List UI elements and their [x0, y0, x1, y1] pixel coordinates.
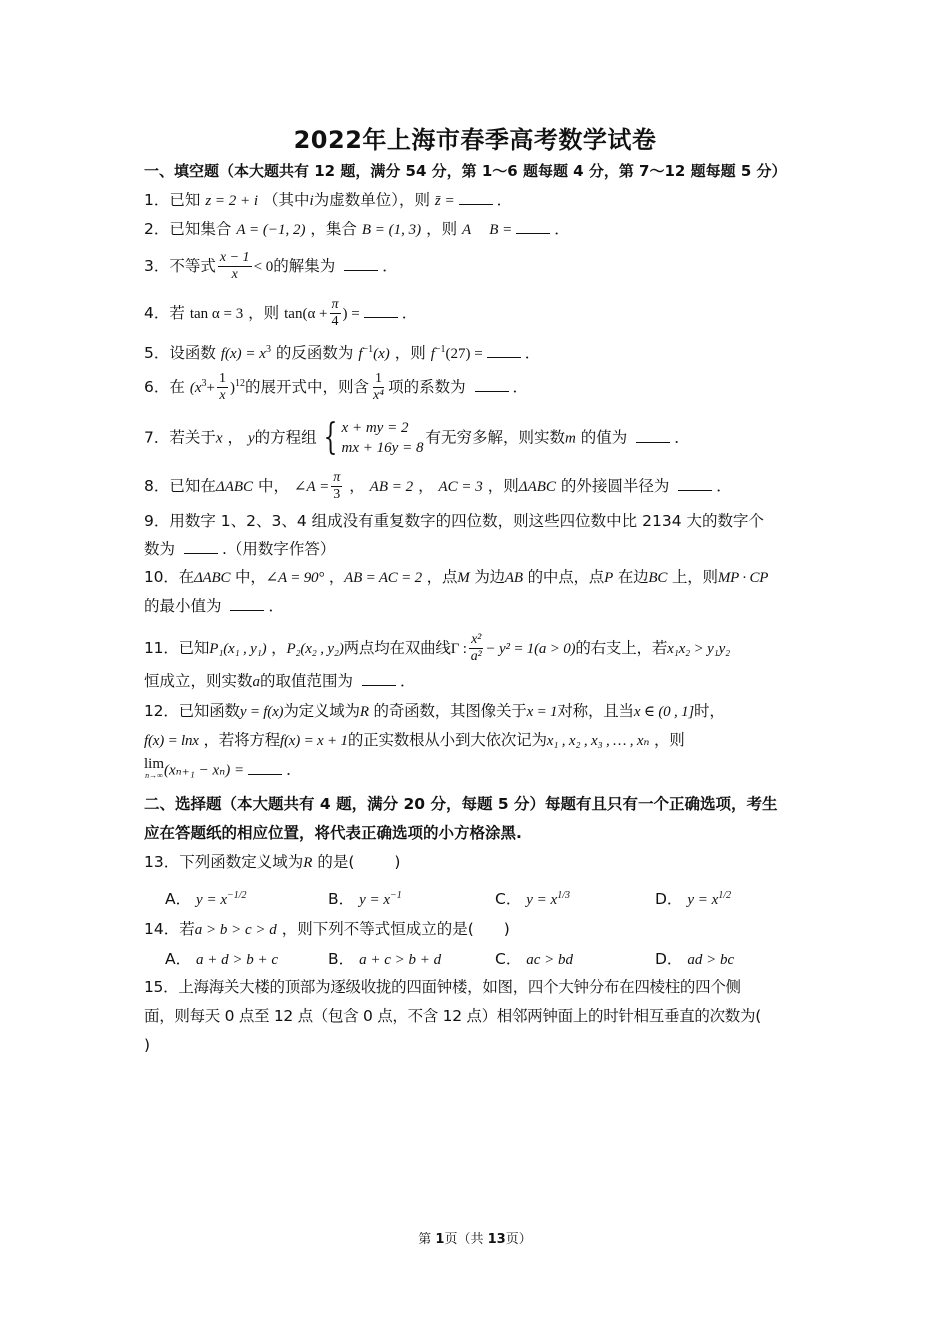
math: y = x: [687, 892, 718, 908]
fraction: x − 1x: [218, 250, 252, 283]
text: ): [394, 853, 400, 871]
question-9-line-2: 数为 .（用数字作答）: [144, 538, 335, 560]
q14-option-a[interactable]: A． a + d > b + c: [165, 947, 278, 969]
exam-page: 2022年上海市春季高考数学试卷 一、填空题（本大题共有 12 题，满分 54 …: [0, 0, 950, 1344]
math: ad > bc: [687, 952, 734, 968]
text: （其中: [263, 191, 310, 209]
text: 若: [169, 304, 185, 322]
option-label: C．: [495, 890, 521, 908]
text: ，则: [395, 344, 426, 362]
question-15-line-1: 15．上海海关大楼的顶部为逐级收拢的四面钟楼，如图，四个大钟分布在四棱柱的四个侧: [144, 976, 741, 998]
text: 项的系数为: [388, 378, 466, 396]
answer-blank: [487, 343, 521, 358]
math: MP · CP: [718, 570, 768, 586]
text: 中，: [258, 477, 289, 495]
math: a > b > c > d: [195, 922, 277, 938]
answer-blank: [344, 256, 378, 271]
answer-blank: [475, 377, 509, 392]
math: P₂(x₂ , y₂): [286, 641, 343, 657]
text: ，集合: [310, 220, 357, 238]
answer-blank: [636, 428, 670, 443]
text: 为定义域为: [283, 702, 360, 720]
equation: mx + 16y = 8: [342, 438, 424, 458]
q13-option-b[interactable]: B． y = x−1: [328, 887, 402, 909]
equation-system: {x + my = 2mx + 16y = 8: [319, 418, 424, 458]
question-13: 13．下列函数定义域为R 的是(): [144, 851, 400, 874]
question-3: 3．不等式x − 1x< 0的解集为 ．: [144, 250, 398, 283]
math: R: [360, 704, 369, 720]
text: ，则: [248, 304, 279, 322]
text: ．: [716, 477, 732, 495]
option-label: D．: [655, 950, 682, 968]
question-number: 1．: [144, 191, 169, 209]
math: (x): [373, 346, 390, 362]
text: 数为: [144, 540, 175, 558]
math: AB = AC = 2: [344, 570, 422, 586]
question-9-line-1: 9．用数字 1、2、3、4 组成没有重复数字的四位数，则这些四位数中比 2134…: [144, 510, 764, 532]
text: 两点均在双曲线: [344, 639, 451, 657]
text: 上，则: [672, 568, 718, 586]
math: ∠A =: [294, 479, 329, 495]
answer-blank: [230, 596, 264, 611]
math: AC = 3: [439, 479, 483, 495]
text: ．: [382, 257, 398, 275]
math: < 0: [254, 259, 274, 275]
math: m: [565, 431, 576, 447]
text: 的值为: [581, 429, 628, 447]
text: 已知: [179, 639, 210, 657]
question-14: 14．若a > b > c > d ，则下列不等式恒成立的是(): [144, 918, 510, 941]
text: ，若将方程: [204, 731, 281, 749]
section1-heading: 一、填空题（本大题共有 12 题，满分 54 分，第 1～6 题每题 4 分，第…: [144, 160, 786, 182]
math: y: [248, 431, 255, 447]
text: 的反函数为: [276, 344, 354, 362]
math: z = 2 + i: [205, 193, 258, 209]
question-number: 12．: [144, 702, 179, 720]
answer-blank: [459, 190, 493, 205]
question-1: 1．已知 z = 2 + i （其中i为虚数单位），则 z̄ =．: [144, 189, 512, 212]
question-10-line-1: 10．在ΔABC 中，∠A = 90° ，AB = AC = 2 ，点M 为边A…: [144, 566, 768, 589]
text: 有无穷多解，则实数: [425, 429, 565, 447]
math: A = (−1, 2): [236, 222, 305, 238]
fraction: π3: [331, 470, 342, 503]
footer-text: 页）: [506, 1232, 532, 1247]
question-15-line-2: 面，则每天 0 点至 12 点（包含 0 点，不含 12 点）相邻两钟面上的时针…: [144, 1005, 761, 1027]
fraction: 1x: [217, 371, 228, 404]
exam-title: 2022年上海市春季高考数学试卷: [0, 120, 950, 155]
numerator: 1: [217, 371, 228, 388]
q14-option-c[interactable]: C． ac > bd: [495, 947, 573, 969]
question-6: 6．在 (x3+1x)12的展开式中，则含1x⁴项的系数为 ．: [144, 371, 528, 404]
text: ，: [329, 568, 344, 586]
exponent: 1/3: [557, 890, 570, 901]
numerator: π: [330, 297, 341, 314]
math: ) =: [343, 306, 360, 322]
text: 已知: [169, 191, 200, 209]
question-12-line-3: limn→∞(xₙ₊₁ − xₙ) =．: [144, 758, 302, 782]
text: ，: [418, 477, 434, 495]
math: a + c > b + d: [359, 952, 441, 968]
left-brace-icon: {: [323, 418, 337, 458]
math: P₁(x₁ , y₁): [209, 641, 266, 657]
math: M: [457, 570, 469, 586]
q14-option-b[interactable]: B． a + c > b + d: [328, 947, 441, 969]
section2-heading-line-2: 应在答题纸的相应位置，将代表正确选项的小方格涂黑.: [144, 822, 522, 844]
option-label: D．: [655, 890, 682, 908]
option-label: A．: [165, 950, 191, 968]
math: (27) =: [446, 346, 483, 362]
question-2: 2．已知集合 A = (−1, 2) ，集合 B = (1, 3) ，则 AB …: [144, 218, 570, 241]
text: ): [504, 920, 510, 938]
math: x ∈ (0 , 1]: [634, 704, 694, 720]
question-12-line-2: f(x) = lnx ，若将方程f(x) = x + 1的正实数根从小到大依次记…: [144, 729, 685, 752]
text: ，: [228, 429, 244, 447]
text: 的方程组: [255, 429, 317, 447]
denominator: x: [217, 388, 227, 404]
math: ΔABC: [519, 479, 556, 495]
math: y = x: [359, 892, 390, 908]
question-4: 4．若 tan α = 3 ，则 tan(α +π4) =．: [144, 297, 417, 330]
math: f(x) = x: [221, 346, 266, 362]
math: z̄ =: [435, 193, 455, 209]
text: ，则: [654, 731, 685, 749]
denominator: x: [230, 267, 240, 283]
option-label: A．: [165, 890, 191, 908]
limit: limn→∞: [144, 758, 164, 782]
math: a: [253, 674, 261, 690]
text: 恒成立，则实数: [144, 672, 253, 690]
text: ，: [271, 639, 286, 657]
denominator: 4: [330, 314, 341, 330]
question-number: 6．: [144, 378, 169, 396]
question-7: 7．若关于x ， y的方程组{x + my = 2mx + 16y = 8有无穷…: [144, 418, 690, 458]
exponent: −1: [390, 890, 402, 901]
answer-blank: [678, 476, 712, 491]
text: ．: [286, 761, 302, 779]
superscript: 12: [235, 378, 245, 389]
question-5: 5．设函数 f(x) = x3 的反函数为 f−1(x) ，则 f−1(27) …: [144, 339, 540, 365]
text: 的取值范围为: [260, 672, 353, 690]
question-number: 13．: [144, 853, 179, 871]
text: 为边: [474, 568, 505, 586]
math: x₁x₂ > y₁y₂: [667, 641, 730, 657]
text: 的最小值为: [144, 597, 222, 615]
math: B = (1, 3): [362, 222, 421, 238]
question-number: 11．: [144, 639, 179, 657]
question-number: 7．: [144, 429, 169, 447]
text: 在边: [618, 568, 649, 586]
text: ．: [513, 378, 529, 396]
question-number: 9．: [144, 512, 169, 530]
text: ，则下列不等式恒成立的是(: [282, 920, 474, 938]
numerator: x²: [469, 632, 483, 649]
math: tan α = 3: [190, 306, 243, 322]
q13-option-a[interactable]: A． y = x−1/2: [165, 887, 247, 909]
text: 上海海关大楼的顶部为逐级收拢的四面钟楼，如图，四个大钟分布在四棱柱的四个侧: [178, 978, 740, 996]
question-number: 4．: [144, 304, 169, 322]
math: − y² = 1(a > 0): [486, 641, 576, 657]
q13-option-d[interactable]: D． y = x1/2: [655, 887, 731, 909]
math: x₁ , x₂ , x₃ , … , xₙ: [547, 733, 650, 749]
math: tan(α +: [284, 306, 327, 322]
answer-blank: [516, 219, 550, 234]
question-number: 2．: [144, 220, 169, 238]
text: 在: [169, 378, 185, 396]
math: (xₙ₊₁ − xₙ) =: [164, 763, 244, 779]
superscript: −1: [363, 344, 374, 355]
denominator: 3: [331, 487, 342, 503]
numerator: 1: [373, 371, 384, 388]
question-10-line-2: 的最小值为 ．: [144, 595, 284, 617]
text: 的中点，点: [528, 568, 605, 586]
question-12-line-1: 12．已知函数y = f(x)为定义域为R 的奇函数，其图像关于x = 1对称，…: [144, 700, 725, 723]
page-footer: 第 1页（共 13页）: [0, 1228, 950, 1247]
text: 对称，且当: [557, 702, 634, 720]
total-pages: 13: [488, 1232, 506, 1247]
numerator: π: [331, 470, 342, 487]
math: ∠A = 90°: [266, 570, 324, 586]
text: 的外接圆半径为: [561, 477, 670, 495]
denominator: x⁴: [371, 388, 386, 404]
question-number: 15．: [144, 978, 178, 996]
question-number: 3．: [144, 257, 169, 275]
answer-blank: [362, 671, 396, 686]
fraction: 1x⁴: [371, 371, 386, 404]
exponent: −1/2: [227, 890, 247, 901]
math: ΔABC: [194, 570, 230, 586]
text: 若关于: [169, 429, 216, 447]
q13-option-c[interactable]: C． y = x1/3: [495, 887, 570, 909]
question-number: 14．: [144, 920, 179, 938]
math: y = x: [526, 892, 557, 908]
exponent: 1/2: [718, 890, 731, 901]
math: f(x) = lnx: [144, 733, 199, 749]
numerator: x − 1: [218, 250, 252, 267]
question-8: 8．已知在ΔABC 中， ∠A =π3 ， AB = 2 ， AC = 3 ，则…: [144, 470, 732, 503]
text: 的展开式中，则含: [245, 378, 369, 396]
text: ．: [400, 672, 416, 690]
text: ．: [402, 304, 418, 322]
option-label: C．: [495, 950, 521, 968]
question-number: 8．: [144, 477, 169, 495]
superscript: 3: [266, 344, 271, 355]
text: ．: [554, 220, 570, 238]
math: BC: [648, 570, 667, 586]
footer-text: 页（共: [444, 1232, 487, 1247]
option-label: B．: [328, 890, 354, 908]
text: 用数字 1、2、3、4 组成没有重复数字的四位数，则这些四位数中比 2134 大…: [169, 512, 764, 530]
text: ．: [268, 597, 284, 615]
footer-text: 第: [418, 1232, 435, 1247]
text: ，: [349, 477, 365, 495]
math: B =: [489, 222, 512, 238]
text: 中，: [235, 568, 266, 586]
math: ΔABC: [216, 479, 253, 495]
answer-blank: [248, 760, 282, 775]
math: y = f(x): [240, 704, 284, 720]
text: 下列函数定义域为: [179, 853, 303, 871]
question-15-line-3: ): [144, 1034, 150, 1056]
math: P: [604, 570, 613, 586]
text: 的右支上，若: [575, 639, 667, 657]
text: 为虚数单位），则: [314, 191, 430, 209]
text: 已知在: [169, 477, 216, 495]
math: +: [206, 380, 214, 396]
text: ，则: [488, 477, 519, 495]
text: 不等式: [169, 257, 216, 275]
superscript: −1: [435, 344, 446, 355]
math: x: [216, 431, 223, 447]
math: x = 1: [527, 704, 558, 720]
answer-blank: [184, 539, 218, 554]
limit-operator: lim: [144, 758, 164, 770]
text: 的奇函数，其图像关于: [374, 702, 527, 720]
question-number: 5．: [144, 344, 169, 362]
text: ，则: [426, 220, 457, 238]
text: ．: [497, 191, 513, 209]
math: A: [462, 222, 471, 238]
math: a + d > b + c: [196, 952, 278, 968]
text: 的正实数根从小到大依次记为: [348, 731, 547, 749]
math: f(x) = x + 1: [280, 733, 348, 749]
text: 已知集合: [169, 220, 231, 238]
text: 若: [179, 920, 195, 938]
option-label: B．: [328, 950, 354, 968]
question-11-line-2: 恒成立，则实数a的取值范围为 ．: [144, 670, 415, 693]
text: 的是(: [317, 853, 354, 871]
math: y = x: [196, 892, 227, 908]
section2-heading-line-1: 二、选择题（本大题共有 4 题，满分 20 分，每题 5 分）每题有且只有一个正…: [144, 793, 778, 815]
text: ．: [525, 344, 541, 362]
math: AB: [505, 570, 523, 586]
text: 时，: [694, 702, 725, 720]
fraction: x²a²: [469, 632, 484, 665]
text: .（用数字作答）: [222, 540, 335, 558]
q14-option-d[interactable]: D． ad > bc: [655, 947, 734, 969]
math: ac > bd: [526, 952, 573, 968]
text: 已知函数: [179, 702, 240, 720]
math: AB = 2: [370, 479, 413, 495]
question-number: 10．: [144, 568, 179, 586]
answer-blank: [364, 303, 398, 318]
text: 的解集为: [273, 257, 335, 275]
text: 在: [179, 568, 194, 586]
text: ．: [674, 429, 690, 447]
equation: x + my = 2: [342, 418, 424, 438]
math: R: [303, 855, 312, 871]
text: ，点: [427, 568, 458, 586]
limit-subscript: n→∞: [145, 770, 163, 782]
text: 设函数: [169, 344, 216, 362]
fraction: π4: [330, 297, 341, 330]
math: (x: [190, 380, 202, 396]
math: Γ :: [451, 641, 467, 657]
question-11-line-1: 11．已知P₁(x₁ , y₁) ，P₂(x₂ , y₂)两点均在双曲线Γ :x…: [144, 632, 730, 665]
denominator: a²: [469, 649, 484, 665]
